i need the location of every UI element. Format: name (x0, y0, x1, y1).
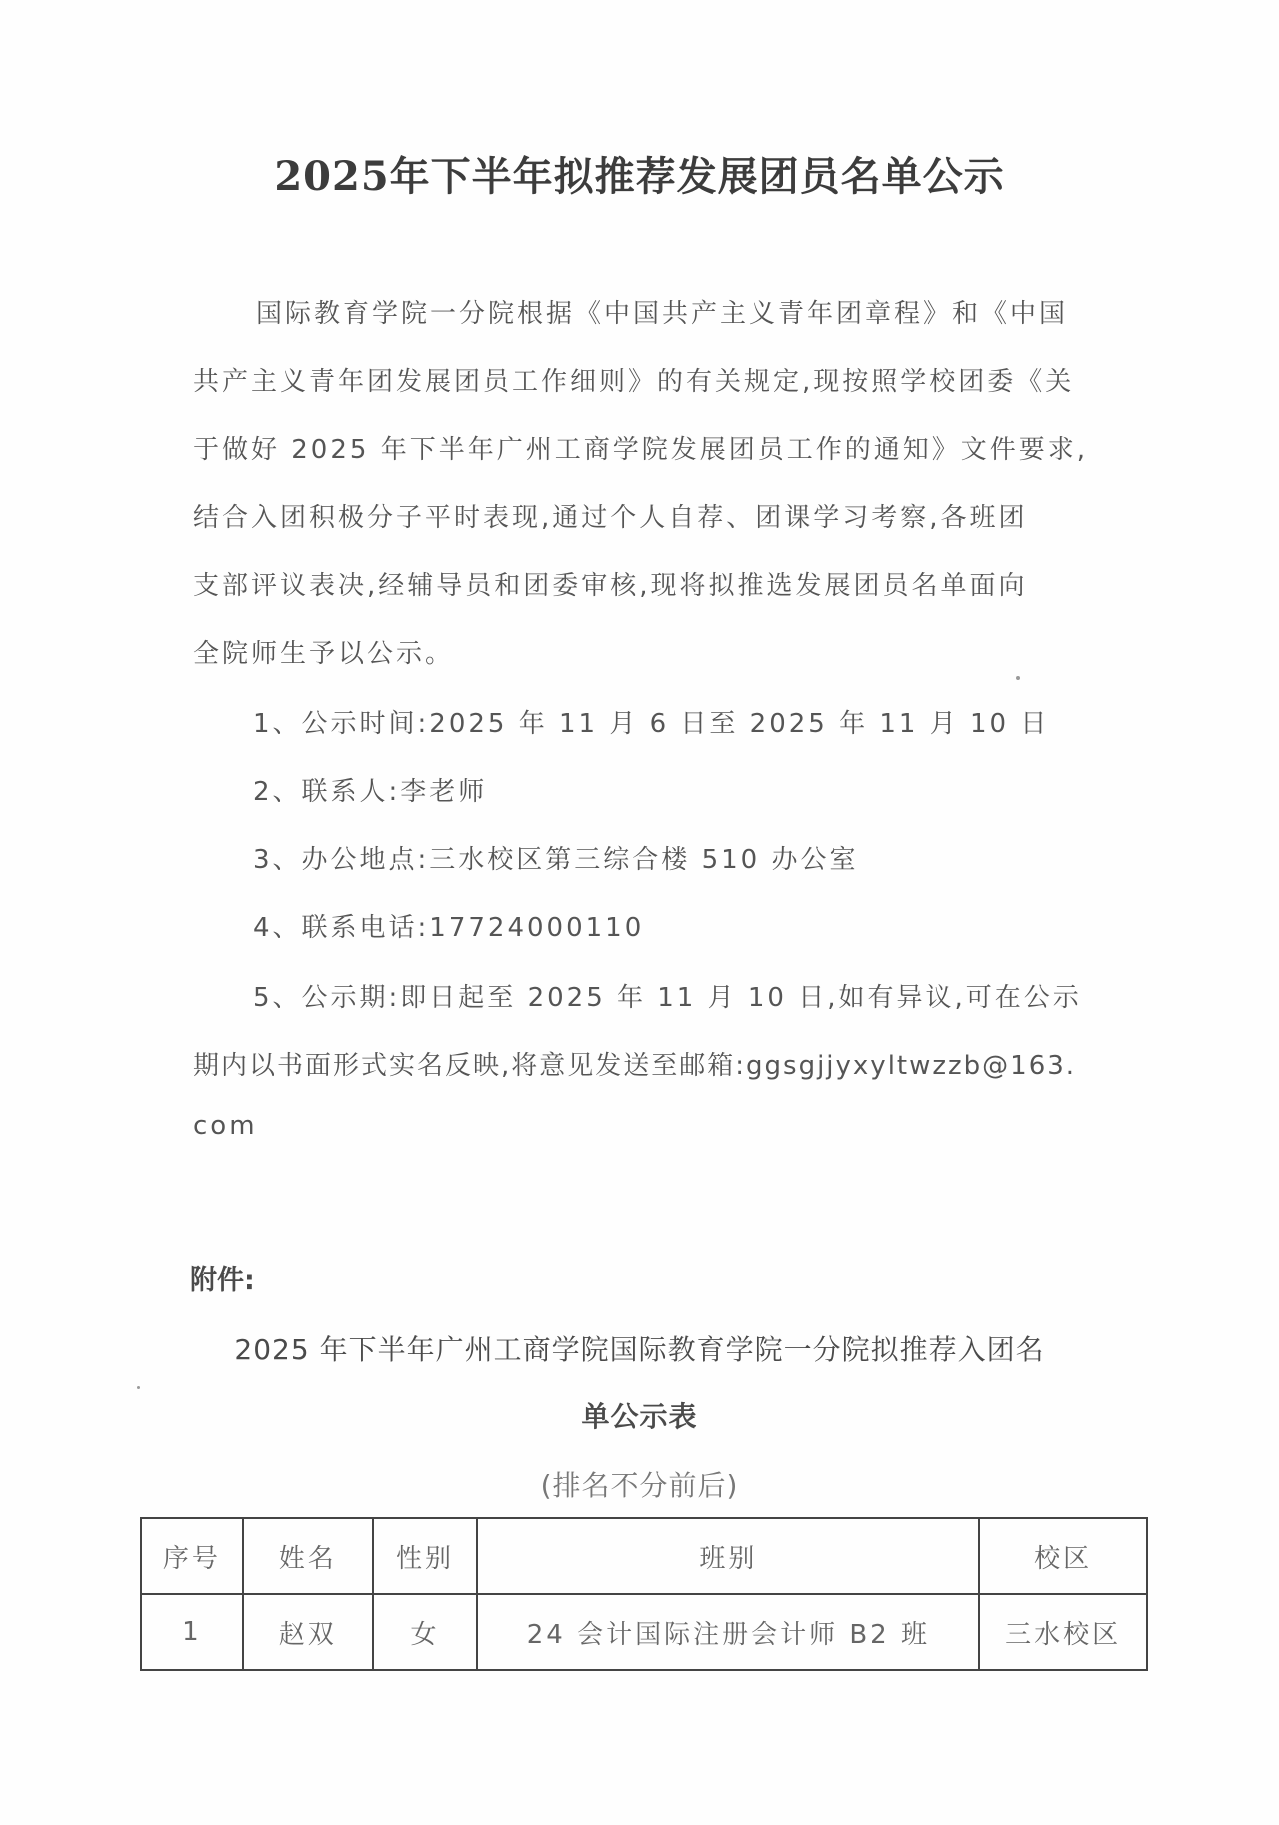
header-gender: 性别 (373, 1518, 478, 1594)
item-contact-phone: 4、联系电话:17724000110 (253, 907, 644, 944)
item-publicity-period-cont: com (193, 1111, 258, 1141)
item-publicity-period: 5、公示期:即日起至 2025 年 11 月 10 日,如有异议,可在公示 (253, 977, 1082, 1014)
header-name: 姓名 (243, 1518, 373, 1594)
nominee-table: 序号 姓名 性别 班别 校区 1 赵双 女 24 会计国际注册会计师 B2 班 … (140, 1517, 1148, 1671)
item-office-location: 3、办公地点:三水校区第三综合楼 510 办公室 (253, 839, 858, 876)
scan-speck (137, 1386, 140, 1389)
table-header-row: 序号 姓名 性别 班别 校区 (141, 1518, 1147, 1594)
item-contact-person: 2、联系人:李老师 (253, 771, 487, 808)
cell-name: 赵双 (243, 1594, 373, 1670)
intro-line: 全院师生予以公示。 (193, 633, 454, 670)
cell-gender: 女 (373, 1594, 478, 1670)
document-title: 2025年下半年拟推荐发展团员名单公示 (0, 145, 1279, 202)
cell-campus: 三水校区 (979, 1594, 1147, 1670)
header-seq: 序号 (141, 1518, 243, 1594)
scan-speck (1016, 676, 1020, 680)
cell-seq: 1 (141, 1594, 243, 1670)
attachment-title: 2025 年下半年广州工商学院国际教育学院一分院拟推荐入团名 (0, 1328, 1279, 1368)
attachment-title-cont: 单公示表 (0, 1395, 1279, 1435)
header-campus: 校区 (979, 1518, 1147, 1594)
intro-line: 于做好 2025 年下半年广州工商学院发展团员工作的通知》文件要求, (193, 429, 1088, 466)
header-class: 班别 (477, 1518, 979, 1594)
attachment-label: 附件: (190, 1258, 255, 1297)
attachment-subtitle: (排名不分前后) (0, 1464, 1279, 1504)
intro-line: 结合入团积极分子平时表现,通过个人自荐、团课学习考察,各班团 (193, 497, 1028, 534)
cell-class: 24 会计国际注册会计师 B2 班 (477, 1594, 979, 1670)
document-page: 2025年下半年拟推荐发展团员名单公示 国际教育学院一分院根据《中国共产主义青年… (0, 0, 1279, 1825)
table-row: 1 赵双 女 24 会计国际注册会计师 B2 班 三水校区 (141, 1594, 1147, 1670)
item-publicity-period-cont: 期内以书面形式实名反映,将意见发送至邮箱:ggsgjjyxyltwzzb@163… (193, 1045, 1076, 1082)
intro-line: 国际教育学院一分院根据《中国共产主义青年团章程》和《中国 (256, 293, 1068, 330)
intro-line: 支部评议表决,经辅导员和团委审核,现将拟推选发展团员名单面向 (193, 565, 1028, 602)
item-publicity-time: 1、公示时间:2025 年 11 月 6 日至 2025 年 11 月 10 日 (253, 703, 1049, 740)
intro-line: 共产主义青年团发展团员工作细则》的有关规定,现按照学校团委《关 (193, 361, 1074, 398)
